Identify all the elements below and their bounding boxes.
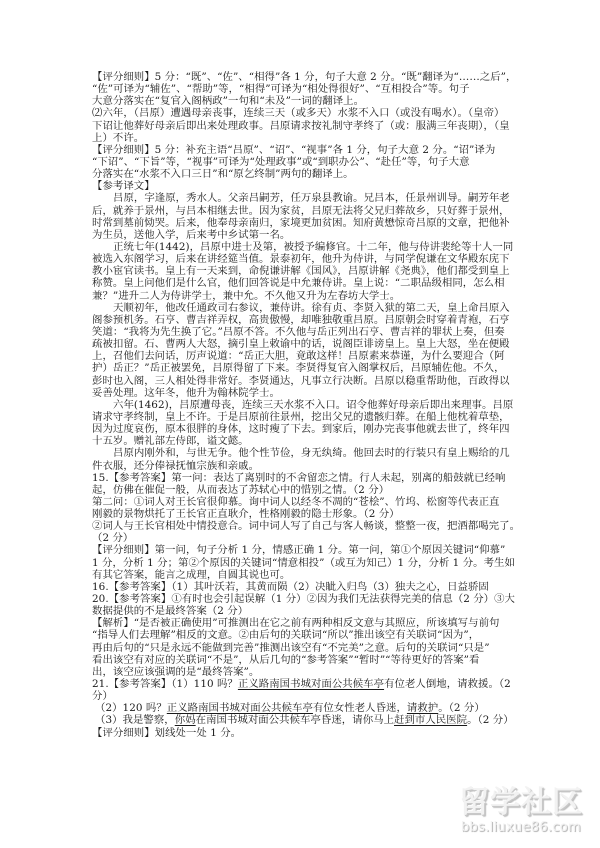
text-line: “指导人们去理解”相反的文意。②由后句的关联词“所以”推出该空有关联词“因为”， [92, 629, 512, 641]
q21-suffix: 。（2 分） [438, 702, 485, 714]
underlined-location: 正义路南国书城对面公共候车亭 [167, 702, 313, 714]
q21-suffix: 有位老人倒地，请救援。（2 [384, 678, 511, 690]
q21-line-1: 21.【参考答案】（1）110 吗？正义路南国书城对面公共候车亭有位老人倒地，请… [92, 678, 512, 690]
text-line: 十五岁。赠礼部左侍郎，谥文懿。 [92, 435, 512, 447]
text-line: 六年(1462)，吕原遭母丧，连续三天水浆不入口。诏令他葬好母亲后即出来理事。吕… [92, 399, 512, 411]
text-line: 妥善处理。这年冬，他升为翰林院学士。 [92, 387, 512, 399]
text-line: 件衣服，还分俸禄抚恤宗族和亲戚。 [92, 460, 512, 472]
watermark-title: 留学社区 [446, 786, 596, 820]
underlined-destination: 赶到市人民医院 [394, 714, 467, 726]
text-line: 15.【参考答案】第一问：表达了离别时的不舍留恋之情。行人未起，别离的船鼓就已经… [92, 472, 512, 484]
text-line: ⑵六年，（吕原）遭遇母亲丧事，连续三天（或多天）水浆不入口（或没有喝水）。（皇帝… [92, 107, 512, 119]
text-line: 起，仿佛在催促一般，从而表达了苏轼心中的惜别之情。（2 分） [92, 484, 512, 496]
text-line: “佐”可译为“辅佐”、“帮助”等，“相得”可译为“相处得很好”、“互相投合”等。… [92, 83, 512, 95]
text-line: 有其它答案，能言之成理，自圆其说也可。 [92, 569, 512, 581]
text-line: 数据提供的不是最终答案（2 分） [92, 605, 512, 617]
text-line: 上）不许。 [92, 132, 512, 144]
underlined-location: 正义路南国书城对面公共候车亭 [238, 678, 384, 690]
q21-prefix: 21.【参考答案】（1）110 吗？ [92, 678, 238, 690]
text-line: 护）岳正？”岳正被罢免，吕原得留了下来。李贤得复官入阁掌权后，吕原辅佐他。不久， [92, 362, 512, 374]
text-line: 【评分细则】5 分：补充主语“吕原”、“诏”、“视事”各 1 分，句子大意 2 … [92, 144, 512, 156]
text-line: 再由后句的“只是永远不能做到完善”推测出该空有“不完美”之意。后句的关联词“只是… [92, 642, 512, 654]
text-line: 刚毅的景物烘托了王长官正直耿介，性格刚毅的隐士形象。（2 分） [92, 508, 512, 520]
watermark-logo: 留学社区 bbs.liuxue86.com [446, 786, 596, 842]
q21-line-5: 【评分细则】划线处一处 1 分。 [92, 727, 512, 739]
text-line: 彭时也入阁，三人相处得非常好。李贤通达，凡事立行决断。吕原以稳重帮助他，百政得以 [92, 375, 512, 387]
text-line: 为生员，送他入学，后来考中乡试第一名。 [92, 229, 512, 241]
text-line: 因为过度哀伤，原本很胖的身体，这时瘦了下去。到家后，刚办完丧事他就去世了，终年四 [92, 423, 512, 435]
text-line: 下诏让他葬好母亲后即出来处理政事。吕原请求按礼制守孝终了（或：服满三年丧期），（… [92, 120, 512, 132]
watermark-url: bbs.liuxue86.com [446, 820, 596, 836]
q21-line-2: 分） [92, 690, 512, 702]
q21-prefix: （3）我是警察， [95, 714, 175, 726]
text-line: 兼？”进升二人为侍讲学士，兼中允。不久他又升为左春坊大学士。 [92, 290, 512, 302]
underlined-request: 请救护 [407, 702, 438, 714]
text-line: 后，就养于景州，与吕本相继去世。因为家贫，吕原无法将父兄归葬故乡，只好葬于景州， [92, 205, 512, 217]
q21-suffix: 。（2 分） [467, 714, 514, 726]
text-line: 【评分细则】5 分：“既”、“佐”、“相得”各 1 分，句子大意 2 分。“既”… [92, 71, 512, 83]
text-line: 1 分，分析 1 分；第②个原因的关键词“情意相投”（或互为知己）1 分，分析 … [92, 557, 512, 569]
underlined-person: 你妈 [175, 714, 196, 726]
text-line: 上，召他们去问话，厉声说道：“岳正大胆，竟敢这样！吕原素来恭谨，为什么要迎合（阿 [92, 350, 512, 362]
q21-mid: 有位女性老人昏迷， [313, 702, 407, 714]
q21-line-3: （2）120 吗？正义路南国书城对面公共候车亭有位女性老人昏迷，请救护。（2 分… [92, 702, 512, 714]
text-line: 【解析】“是否被正确使用”可推测出在它之前有两种相反文意与其照应，所该填写与前句 [92, 617, 512, 629]
section-heading: 【参考译文】 [92, 180, 512, 192]
text-line: 分落实在“水浆不入口三日”和“原乞终制”两句的翻译上。 [92, 168, 512, 180]
q21-prefix: （2）120 吗？ [95, 702, 167, 714]
text-line: 大意分落实在“复官入阁柄政”一句和“未及”一词的翻译上。 [92, 95, 512, 107]
text-line: 疏被扣留。石、曹两人大怒，摘引皇上敕谕中的话，说阁臣诽谤皇上。皇上大怒，坐在便殿 [92, 338, 512, 350]
document-page: 【评分细则】5 分：“既”、“佐”、“相得”各 1 分，句子大意 2 分。“既”… [92, 71, 512, 739]
text-line: 正统七年(1442)，吕原中进士及第，被授予编修官。十二年，他与侍讲裴纶等十人一… [92, 241, 512, 253]
text-line: 吕原内刚外和，与世无争。他个性节俭，身无纨绮。他回去时的行装只有皇上赐给的几 [92, 447, 512, 459]
text-line: 天顺初年，他改任通政司右参议，兼侍讲。徐有贞、李贤入狱的第二天，皇上命吕原入 [92, 302, 512, 314]
text-line: 第二问：①词人对王长官很仰慕。询中词人以经冬不凋的“苍桧”、竹坞、松窗等代表正直 [92, 496, 512, 508]
q21-mid: 在南国书城对面公共候车亭昏迷，请你马上 [196, 714, 394, 726]
text-line: 出，该空应该强调的是“最终答案”。 [92, 666, 512, 678]
text-line: 20.【参考答案】①有时也会引起误解（1 分）②因为我们无法获得完美的信息（2 … [92, 593, 512, 605]
text-line: 吕原，字逢原，秀水人。父亲吕嗣芳，任万泉县教谕。兄吕本，任景州训导。嗣芳年老 [92, 192, 512, 204]
text-line: ②词人与王长官相处中情投意合。词中词人写了自己与客人畅谈，整整一夜，把酒都喝完了… [92, 520, 512, 532]
text-line: 【评分细则】第一问，句子分析 1 分，情感正确 1 分。第一问，第①个原因关键词… [92, 544, 512, 556]
text-line: 称赞。皇上问他们是什么官，他们回答说是中允兼侍讲。皇上说：“二职品级相同，怎么相 [92, 277, 512, 289]
text-line: 请求守孝终制，皇上不许。于是吕原前往景州，挖出父兄的遗骸归葬。在船上他枕着草垫， [92, 411, 512, 423]
text-line: “下诏”、“下旨”等，“视事”可译为“处理政事”或“到职办公”、“赴任”等，句子… [92, 156, 512, 168]
text-line: 看出该空有对应的关联词“不是”，从后几句的“参考答案”“暂时”“等待更好的答案”… [92, 654, 512, 666]
q21-line-4: （3）我是警察，你妈在南国书城对面公共候车亭昏迷，请你马上赶到市人民医院。（2 … [92, 714, 512, 726]
text-line: 笑道：“我将为先生换了它。”吕原不答。不久他与岳正列出石亨、曹吉祥的罪状上奏，但… [92, 326, 512, 338]
text-line: 时常到墓前恸哭。后来，他奉母亲南归，家境更加贫困。知府黄懋惊奇吕原的文章，把他补 [92, 217, 512, 229]
text-line: 16.【参考答案】（1）其叶沃若，其黄而陨（2）决眦入归鸟（3）独夫之心，日益骄… [92, 581, 512, 593]
text-line: （2 分） [92, 532, 512, 544]
text-line: 被选入东阁学习，后来在讲经筵当值。景泰初年，他升为侍讲，与同学倪谦在文华殿东庑下 [92, 253, 512, 265]
text-line: 教小宦官读书。皇上有一天来到，命倪谦讲解《国风》，吕原讲解《尧典》，他们都受到皇… [92, 265, 512, 277]
text-line: 阁参预机务。石亨、曹吉祥弄权，高贵傲慢，却唯独敬重吕原。吕原朝会时穿着青袍，石亨 [92, 314, 512, 326]
